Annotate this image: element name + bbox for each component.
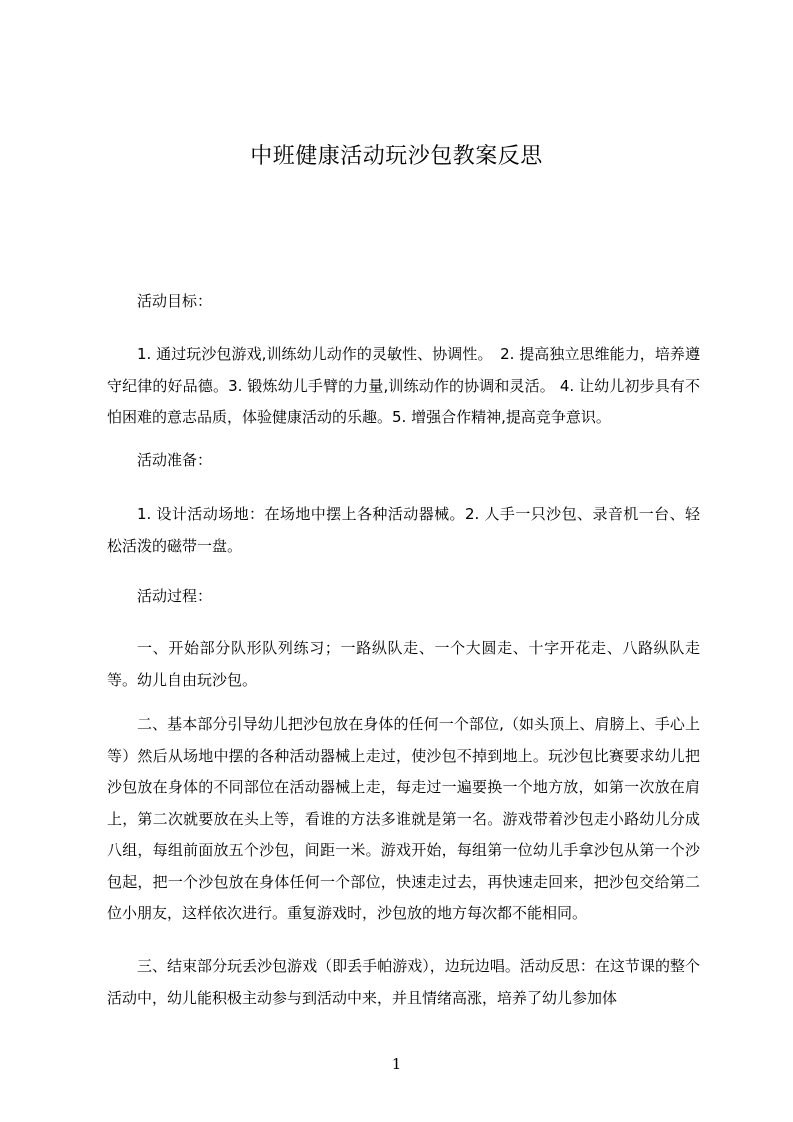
document-title: 中班健康活动玩沙包教案反思 bbox=[0, 142, 793, 172]
page-number: 1 bbox=[0, 1055, 793, 1073]
section-heading-goals: 活动目标： bbox=[107, 286, 700, 318]
paragraph-goals: 1. 通过玩沙包游戏,训练幼儿动作的灵敏性、协调性。 2. 提高独立思维能力，培… bbox=[107, 339, 700, 434]
document-page: 中班健康活动玩沙包教案反思 活动目标： 1. 通过玩沙包游戏,训练幼儿动作的灵敏… bbox=[0, 0, 793, 1122]
section-heading-preparation: 活动准备： bbox=[107, 445, 700, 477]
paragraph-process-part1: 一、开始部分队形队列练习；一路纵队走、一个大圆走、十字开花走、八路纵队走等。幼儿… bbox=[107, 633, 700, 696]
paragraph-process-part2: 二、基本部分引导幼儿把沙包放在身体的任何一个部位,（如头顶上、肩膀上、手心上等）… bbox=[107, 709, 700, 930]
paragraph-preparation: 1. 设计活动场地：在场地中摆上各种活动器械。2. 人手一只沙包、录音机一台、轻… bbox=[107, 499, 700, 562]
paragraph-process-part3: 三、结束部分玩丢沙包游戏（即丢手帕游戏），边玩边唱。活动反思：在这节课的整个活动… bbox=[107, 951, 700, 1014]
section-heading-process: 活动过程： bbox=[107, 581, 700, 613]
